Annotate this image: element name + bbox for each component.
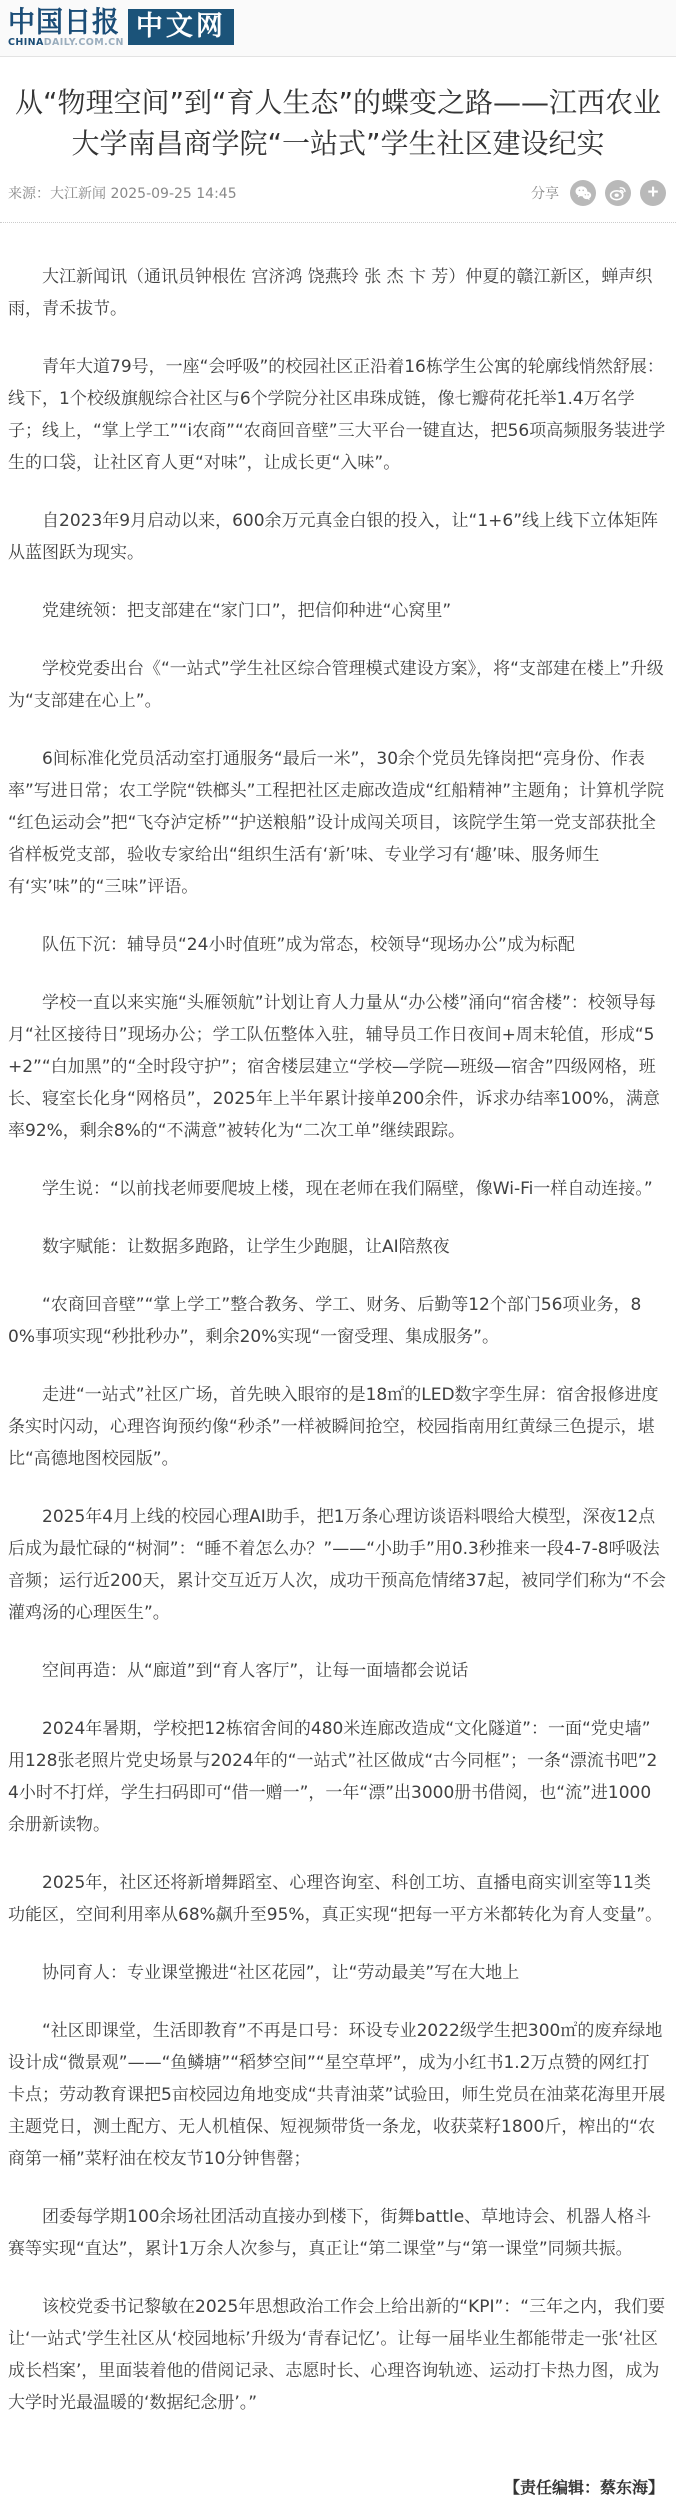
- article-paragraph: 6间标准化党员活动室打通服务“最后一米”，30余个党员先锋岗把“亮身份、作表率”…: [8, 743, 666, 903]
- article-paragraph: 该校党委书记黎敏在2025年思想政治工作会上给出新的“KPI”：“三年之内，我们…: [8, 2291, 666, 2419]
- share-toolbar: 分享: [531, 180, 666, 206]
- section-subhead: 党建统领：把支部建在“家门口”，把信仰种进“心窝里”: [8, 595, 666, 627]
- chinese-site-badge: 中文网: [128, 9, 234, 45]
- article-body: 大江新闻讯（通讯员钟根佐 宫济鸿 饶燕玲 张 杰 卞 芳）仲夏的赣江新区，蝉声织…: [0, 223, 676, 2419]
- page-title: 从“物理空间”到“育人生态”的蝶变之路——江西农业大学南昌商学院“一站式”学生社…: [10, 83, 666, 164]
- section-subhead: 协同育人：专业课堂搬进“社区花园”，让“劳动最美”写在大地上: [8, 1957, 666, 1989]
- article-paragraph: 走进“一站式”社区广场，首先映入眼帘的是18㎡的LED数字孪生屏：宿舍报修进度条…: [8, 1379, 666, 1475]
- source-line: 来源：大江新闻 2025-09-25 14:45: [8, 183, 237, 203]
- section-subhead: 空间再造：从“廊道”到“育人客厅”，让每一面墙都会说话: [8, 1655, 666, 1687]
- chinadaily-logo[interactable]: 中国日报 CHINADAILY.COM.CN 中文网: [8, 9, 234, 48]
- article-paragraph: 2025年4月上线的校园心理AI助手，把1万条心理访谈语料喂给大模型，深夜12点…: [8, 1501, 666, 1629]
- article-meta-row: 来源：大江新闻 2025-09-25 14:45 分享: [0, 174, 676, 223]
- article-paragraph: 学生说：“以前找老师要爬坡上楼，现在老师在我们隔壁，像Wi-Fi一样自动连接。”: [8, 1173, 666, 1205]
- article-paragraph: “社区即课堂，生活即教育”不再是口号：环设专业2022级学生把300㎡的废弃绿地…: [8, 2015, 666, 2175]
- plus-icon: +: [647, 183, 658, 202]
- editor-credit: 【责任编辑：蔡东海】: [0, 2445, 676, 2516]
- article-paragraph: 学校一直以来实施“头雁领航”计划让育人力量从“办公楼”涌向“宿舍楼”：校领导每月…: [8, 987, 666, 1147]
- article-paragraph: 自2023年9月启动以来，600余万元真金白银的投入，让“1+6”线上线下立体矩…: [8, 505, 666, 569]
- wechat-share-button[interactable]: [570, 180, 596, 206]
- article-paragraph: 2024年暑期，学校把12栋宿舍间的480米连廊改造成“文化隧道”：一面“党史墙…: [8, 1713, 666, 1841]
- weibo-icon: [609, 185, 627, 201]
- article-paragraph: 2025年，社区还将新增舞蹈室、心理咨询室、科创工坊、直播电商实训室等11类功能…: [8, 1867, 666, 1931]
- weibo-share-button[interactable]: [605, 180, 631, 206]
- article-paragraph: “农商回音壁”“掌上学工”整合教务、学工、财务、后勤等12个部门56项业务，80…: [8, 1289, 666, 1353]
- article-paragraph: 团委每学期100余场社团活动直接办到楼下，街舞battle、草地诗会、机器人格斗…: [8, 2201, 666, 2265]
- wechat-icon: [574, 185, 592, 201]
- article-paragraph: 学校党委出台《“一站式”学生社区综合管理模式建设方案》，将“支部建在楼上”升级为…: [8, 653, 666, 717]
- publish-datetime: 2025-09-25 14:45: [110, 186, 236, 202]
- share-label: 分享: [531, 183, 559, 203]
- source-label: 来源：: [8, 186, 50, 202]
- brand-chinese-calligraphy: 中国日报: [8, 8, 120, 36]
- more-share-button[interactable]: +: [640, 180, 666, 206]
- chinadaily-logo-text: 中国日报 CHINADAILY.COM.CN: [8, 9, 124, 48]
- section-subhead: 队伍下沉：辅导员“24小时值班”成为常态，校领导“现场办公”成为标配: [8, 929, 666, 961]
- source-name: 大江新闻: [50, 186, 106, 202]
- site-header: 中国日报 CHINADAILY.COM.CN 中文网: [0, 0, 676, 57]
- section-subhead: 数字赋能：让数据多跑路，让学生少跑腿，让AI陪熬夜: [8, 1231, 666, 1263]
- article-paragraph: 青年大道79号，一座“会呼吸”的校园社区正沿着16栋学生公寓的轮廓线悄然舒展：线…: [8, 351, 666, 479]
- brand-domain-text: CHINADAILY.COM.CN: [8, 38, 124, 48]
- article-paragraph: 大江新闻讯（通讯员钟根佐 宫济鸿 饶燕玲 张 杰 卞 芳）仲夏的赣江新区，蝉声织…: [8, 261, 666, 325]
